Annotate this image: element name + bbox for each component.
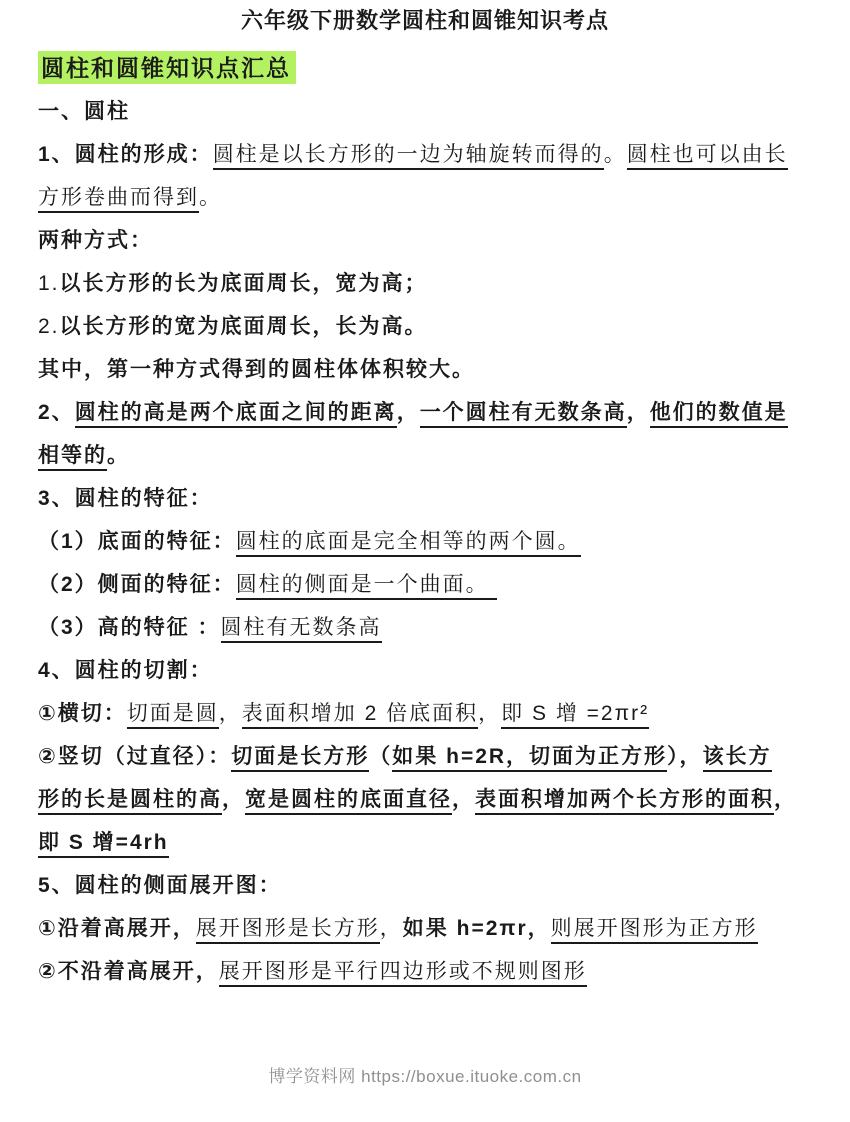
text-segment: （3）高的特征 ： bbox=[38, 616, 221, 639]
text-segment: 该长方 bbox=[703, 745, 772, 772]
text-segment: 相等的 bbox=[38, 444, 107, 471]
feature-side: （2）侧面的特征：圆柱的侧面是一个曲面。 bbox=[38, 563, 812, 606]
text-segment: ， bbox=[627, 401, 650, 424]
text-segment: ， bbox=[219, 702, 242, 725]
text-segment: 圆柱的高是两个底面之间的距离 bbox=[75, 401, 397, 428]
text-segment: 展开图形是长方形 bbox=[196, 917, 380, 944]
text-segment: 他们的数值是 bbox=[650, 401, 788, 428]
way-comparison: 其中，第一种方式得到的圆柱体体积较大。 bbox=[38, 348, 812, 391]
text-segment: 即 S 增 =2πr² bbox=[501, 702, 649, 729]
document-lines: 圆柱和圆锥知识点汇总一、圆柱1、圆柱的形成：圆柱是以长方形的一边为轴旋转而得的。… bbox=[38, 47, 812, 993]
point-3-features-heading: 3、圆柱的特征： bbox=[38, 477, 812, 520]
text-segment: ）， bbox=[667, 745, 703, 768]
text-segment: ②竖切（过直径）： bbox=[38, 745, 231, 768]
text-segment: 即 S 增=4rh bbox=[38, 831, 169, 858]
text-segment: ， bbox=[774, 788, 797, 811]
way-2: 2.以长方形的宽为底面周长，长为高。 bbox=[38, 305, 812, 348]
text-segment: 4、圆柱的切割： bbox=[38, 659, 213, 682]
point-2-height-line-1: 2、圆柱的高是两个底面之间的距离，一个圆柱有无数条高，他们的数值是 bbox=[38, 391, 812, 434]
point-1-formation-line-2: 方形卷曲而得到。 bbox=[38, 176, 812, 219]
text-segment: 3、圆柱的特征： bbox=[38, 487, 213, 510]
way-1: 1.以长方形的长为底面周长，宽为高； bbox=[38, 262, 812, 305]
text-segment: 以长方形的长为底面周长，宽为高； bbox=[60, 272, 428, 295]
text-segment: 圆柱是以长方形的一边为轴旋转而得的 bbox=[213, 143, 604, 170]
text-segment: 宽是圆柱的底面直径 bbox=[245, 788, 452, 815]
text-segment: （ bbox=[369, 745, 392, 768]
text-segment: ， bbox=[380, 917, 403, 940]
text-segment: 圆柱也可以由长 bbox=[627, 143, 788, 170]
text-segment: 。 bbox=[604, 143, 627, 166]
text-segment: ， bbox=[452, 788, 475, 811]
text-segment: 则展开图形为正方形 bbox=[551, 917, 758, 944]
feature-base: （1）底面的特征：圆柱的底面是完全相等的两个圆。 bbox=[38, 520, 812, 563]
feature-height: （3）高的特征 ：圆柱有无数条高 bbox=[38, 606, 812, 649]
cut-vertical-line-3: 即 S 增=4rh bbox=[38, 821, 812, 864]
two-ways-heading: 两种方式： bbox=[38, 219, 812, 262]
text-segment: 以长方形的宽为底面周长，长为高。 bbox=[60, 315, 428, 338]
text-segment: 一、圆柱 bbox=[38, 100, 130, 123]
text-segment: 圆柱有无数条高 bbox=[221, 616, 382, 643]
page-title: 六年级下册数学圆柱和圆锥知识考点 bbox=[38, 0, 812, 35]
text-segment: 圆柱的侧面是一个曲面。 bbox=[236, 573, 497, 600]
point-2-height-line-2: 相等的。 bbox=[38, 434, 812, 477]
cut-horizontal: ①横切：切面是圆，表面积增加 2 倍底面积，即 S 增 =2πr² bbox=[38, 692, 812, 735]
text-segment: ①沿着高展开， bbox=[38, 917, 196, 940]
text-segment: 5、圆柱的侧面展开图： bbox=[38, 874, 282, 897]
cut-vertical-line-1: ②竖切（过直径）：切面是长方形（如果 h=2R，切面为正方形），该长方 bbox=[38, 735, 812, 778]
text-segment: 形的长是圆柱的高 bbox=[38, 788, 222, 815]
text-segment: 。 bbox=[199, 186, 222, 209]
document-page: 六年级下册数学圆柱和圆锥知识考点 圆柱和圆锥知识点汇总一、圆柱1、圆柱的形成：圆… bbox=[0, 0, 850, 993]
text-segment: 1. bbox=[38, 272, 60, 295]
text-segment: 1、圆柱的形成： bbox=[38, 143, 213, 166]
text-segment: ①横切： bbox=[38, 702, 127, 725]
text-segment: 如果 h=2πr， bbox=[403, 917, 551, 940]
text-segment: ， bbox=[478, 702, 501, 725]
text-segment: 表面积增加 2 倍底面积 bbox=[242, 702, 478, 729]
cut-vertical-line-2: 形的长是圆柱的高，宽是圆柱的底面直径，表面积增加两个长方形的面积， bbox=[38, 778, 812, 821]
text-segment: ②不沿着高展开， bbox=[38, 960, 219, 983]
highlight-heading: 圆柱和圆锥知识点汇总 bbox=[38, 47, 812, 90]
text-segment: 如果 h=2R，切面为正方形 bbox=[392, 745, 667, 772]
text-segment: ， bbox=[397, 401, 420, 424]
unfold-along-height: ①沿着高展开，展开图形是长方形，如果 h=2πr，则展开图形为正方形 bbox=[38, 907, 812, 950]
unfold-not-along-height: ②不沿着高展开，展开图形是平行四边形或不规则图形 bbox=[38, 950, 812, 993]
text-segment: 展开图形是平行四边形或不规则图形 bbox=[219, 960, 587, 987]
text-segment: 方形卷曲而得到 bbox=[38, 186, 199, 213]
footer-watermark: 博学资料网 https://boxue.ituoke.com.cn bbox=[0, 1062, 850, 1087]
text-segment: 切面是圆 bbox=[127, 702, 219, 729]
text-segment: 两种方式： bbox=[38, 229, 153, 252]
text-segment: 圆柱和圆锥知识点汇总 bbox=[38, 51, 296, 84]
text-segment: 其中，第一种方式得到的圆柱体体积较大。 bbox=[38, 358, 475, 381]
text-segment: 表面积增加两个长方形的面积 bbox=[475, 788, 774, 815]
point-4-cutting-heading: 4、圆柱的切割： bbox=[38, 649, 812, 692]
point-1-formation-line-1: 1、圆柱的形成：圆柱是以长方形的一边为轴旋转而得的。圆柱也可以由长 bbox=[38, 133, 812, 176]
text-segment: 2、 bbox=[38, 401, 75, 424]
text-segment: ， bbox=[222, 788, 245, 811]
section-heading-cylinder: 一、圆柱 bbox=[38, 90, 812, 133]
text-segment: 。 bbox=[107, 444, 130, 467]
text-segment: 2. bbox=[38, 315, 60, 338]
text-segment: （1）底面的特征： bbox=[38, 530, 236, 553]
text-segment: 一个圆柱有无数条高 bbox=[420, 401, 627, 428]
text-segment: 圆柱的底面是完全相等的两个圆。 bbox=[236, 530, 581, 557]
point-5-unfold-heading: 5、圆柱的侧面展开图： bbox=[38, 864, 812, 907]
text-segment: （2）侧面的特征： bbox=[38, 573, 236, 596]
text-segment: 切面是长方形 bbox=[231, 745, 369, 772]
